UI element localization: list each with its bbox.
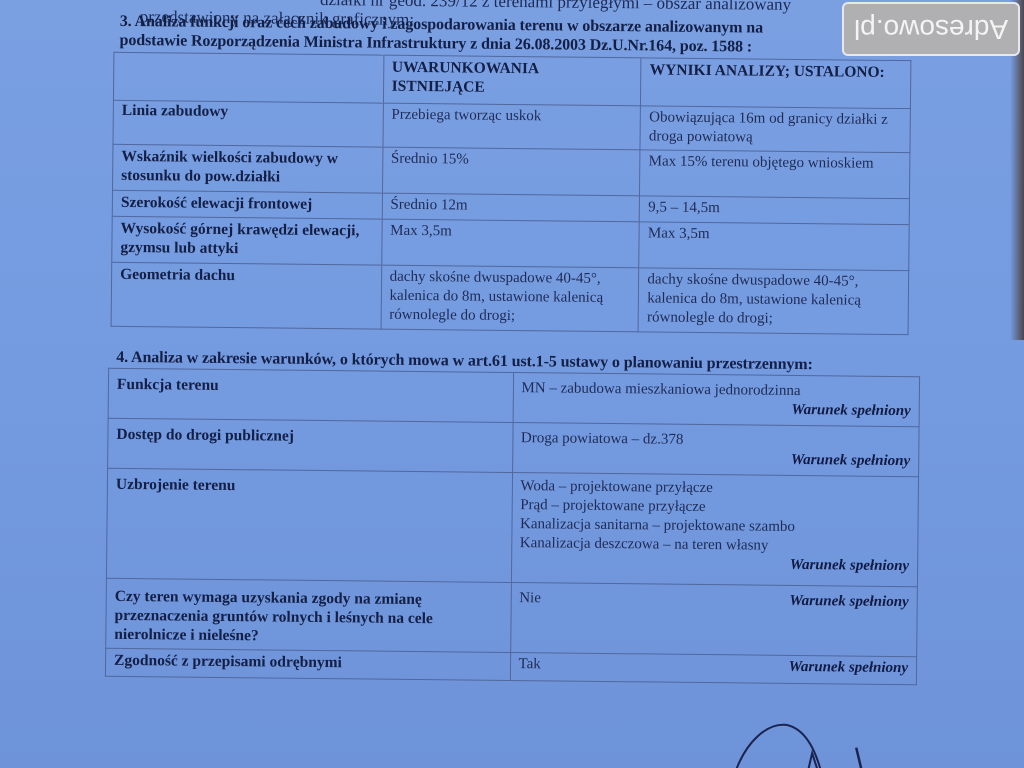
section3-table: UWARUNKOWANIA ISTNIEJĄCE WYNIKI ANALIZY;… [111,52,912,335]
result-cell: Max 3,5m [639,222,909,271]
value-cell: Woda – projektowane przyłącze Prąd – pro… [511,473,919,587]
value-cell: MN – zabudowa mieszkaniowa jednorodzinna… [513,373,920,427]
value-line: MN – zabudowa mieszkaniowa jednorodzinna [521,379,911,402]
parameter-cell: Geometria dachu [111,262,381,329]
value-line: Tak [518,656,540,672]
value-line: Droga powiatowa – dz.378 [521,429,911,452]
existing-cell: Średnio 12m [382,193,640,222]
status-label: Warunek spełniony [789,592,909,612]
parameter-cell: Wysokość górnej krawędzi elewacji, gzyms… [112,216,382,265]
status-label: Warunek spełniony [520,553,910,576]
document-page: działki nr geod. 239/12 z terenami przyl… [0,0,1024,768]
condition-cell: Uzbrojenie terenu [106,468,512,582]
result-cell: 9,5 – 14,5m [640,196,910,225]
condition-cell: Funkcja terenu [108,368,513,422]
header-cell-existing: UWARUNKOWANIA ISTNIEJĄCE [383,55,641,106]
existing-cell: Max 3,5m [381,219,639,268]
value-cell: Warunek spełniony Nie [510,582,917,656]
table-row: Wysokość górnej krawędzi elewacji, gzyms… [112,216,909,270]
header-cell-result: WYNIKI ANALIZY; USTALONO: [641,58,911,109]
value-line: Nie [519,590,541,606]
table-row: Czy teren wymaga uzyskania zgody na zmia… [106,578,918,656]
status-label: Warunek spełniony [789,658,909,678]
value-cell: Warunek spełniony Tak [510,652,917,684]
parameter-cell: Szerokość elewacji frontowej [112,190,382,219]
table-row: Uzbrojenie terenu Woda – projektowane pr… [106,468,918,586]
result-cell: dachy skośne dwuspadowe 40-45°, kalenica… [638,268,908,335]
status-label: Warunek spełniony [521,398,911,421]
table-row: Funkcja terenu MN – zabudowa mieszkaniow… [108,368,919,426]
watermark-badge: Adresowo.pl [842,2,1020,56]
parameter-cell: Linia zabudowy [113,100,383,147]
result-cell: Max 15% terenu objętego wnioskiem [640,150,910,199]
header-cell-parameter [113,52,383,103]
watermark-text: Adresowo.pl [854,13,1008,45]
table-header-row: UWARUNKOWANIA ISTNIEJĄCE WYNIKI ANALIZY;… [113,52,910,108]
condition-cell: Zgodność z przepisami odrębnymi [105,648,510,680]
existing-cell: Przebiega tworząc uskok [383,103,641,150]
section4-table: Funkcja terenu MN – zabudowa mieszkaniow… [105,368,920,685]
existing-cell: dachy skośne dwuspadowe 40-45°, kalenica… [381,265,639,332]
parameter-cell: Wskaźnik wielkości zabudowy w stosunku d… [113,144,383,193]
status-label: Warunek spełniony [521,448,911,471]
value-cell: Droga powiatowa – dz.378 Warunek spełnio… [512,423,919,477]
table-row: Dostęp do drogi publicznej Droga powiato… [108,418,919,476]
result-cell: Obowiązująca 16m od granicy działki z dr… [640,106,910,153]
value-line: Kanalizacja deszczowa – na teren własny [520,534,910,557]
condition-cell: Dostęp do drogi publicznej [108,418,513,472]
existing-cell: Średnio 15% [382,147,640,196]
table-row: Geometria dachu dachy skośne dwuspadowe … [111,262,909,334]
table-row: Wskaźnik wielkości zabudowy w stosunku d… [113,144,910,198]
condition-cell: Czy teren wymaga uzyskania zgody na zmia… [106,578,511,652]
signature-mark [726,702,887,768]
